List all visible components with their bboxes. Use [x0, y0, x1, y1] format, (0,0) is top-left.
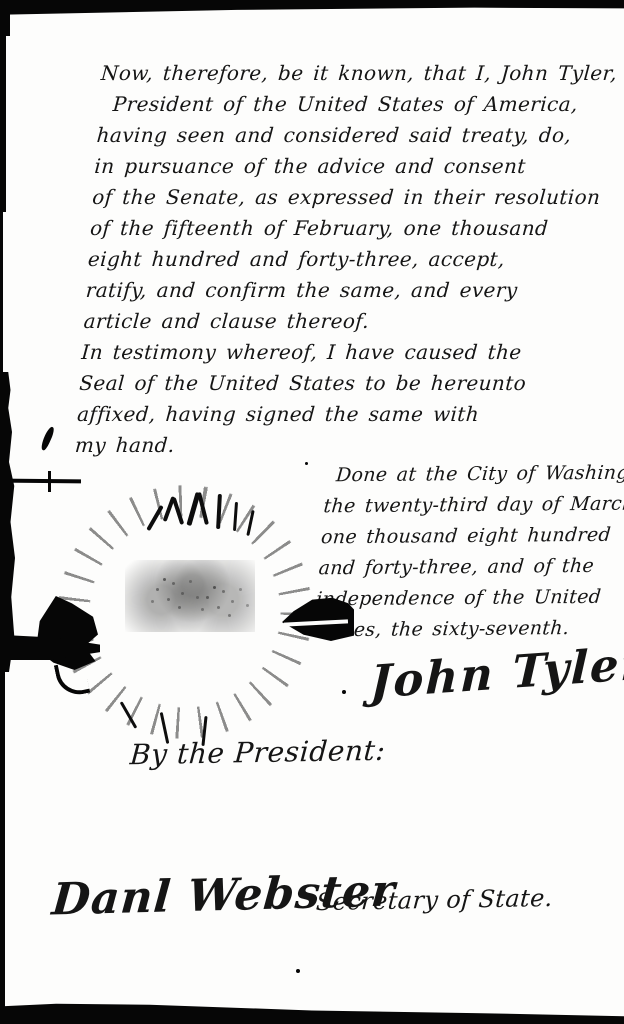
ink-dot	[342, 690, 346, 694]
seal-speck	[213, 586, 216, 589]
body-line: having seen and considered said treaty, …	[96, 120, 618, 151]
body-line: In testimony whereof, I have caused the	[80, 337, 602, 368]
body-line: President of the United States of Americ…	[98, 89, 620, 120]
body-line: of the fifteenth of February, one thousa…	[89, 213, 611, 244]
seal-smudge	[125, 560, 255, 632]
ink-streak	[5, 479, 81, 484]
date-line: Done at the City of Washington	[325, 458, 624, 492]
attestation-line: By the President:	[129, 734, 387, 772]
scan-edge-top	[0, 0, 624, 16]
date-block: Done at the City of Washington the twent…	[313, 458, 624, 647]
body-line: my hand.	[74, 430, 596, 461]
date-line: one thousand eight hundred	[320, 520, 623, 554]
handwritten-body: Now, therefore, be it known, that I, Joh…	[74, 58, 622, 461]
body-line: article and clause thereof.	[83, 306, 605, 337]
date-line: and forty-three, and of the	[317, 551, 620, 585]
body-line: affixed, having signed the same with	[76, 399, 598, 430]
body-line: eight hundred and forty-three, accept,	[87, 244, 609, 275]
scan-edge-left	[0, 372, 15, 672]
ink-mark	[39, 426, 56, 452]
body-line: of the Senate, as expressed in their res…	[91, 182, 613, 213]
body-line: in pursuance of the advice and consent	[93, 151, 615, 182]
date-line: the twenty-third day of March,	[322, 489, 624, 523]
scanned-document-page: Now, therefore, be it known, that I, Joh…	[0, 0, 624, 1024]
embossed-seal	[55, 482, 315, 742]
scan-edge-left	[0, 0, 6, 212]
scan-edge-left	[0, 206, 3, 378]
body-line: Now, therefore, be it known, that I, Joh…	[100, 58, 622, 89]
ink-streak-tick	[48, 471, 51, 492]
ink-dot	[296, 969, 300, 973]
body-line: Seal of the United States to be hereunto	[78, 368, 600, 399]
scan-edge-left	[0, 668, 5, 1024]
president-signature: John Tyler	[369, 636, 624, 709]
date-line: independence of the United	[315, 582, 618, 616]
ink-dot	[305, 462, 308, 465]
body-line: ratify, and confirm the same, and every	[85, 275, 607, 306]
seal-speck	[163, 578, 166, 581]
scan-edge-bottom	[0, 998, 624, 1024]
secretary-title: Secretary of State.	[315, 884, 554, 916]
